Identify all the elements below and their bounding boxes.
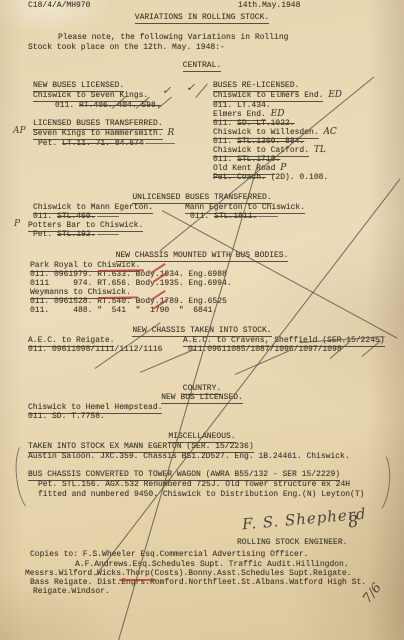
unlicensed-route: Chiswick to Mann Egerton. [33,203,153,212]
tower-wagon-heading: BUS CHASSIS CONVERTED TO TOWER WAGON (AW… [28,470,340,479]
tower-wagon-detail: fitted and numbered 9450. Chiswick to Di… [38,490,364,499]
unlicensed-detail: 011. STL.460. [33,212,95,221]
pen-stroke [195,83,208,98]
handwritten-annotation: R [167,128,174,138]
central-heading: CENTRAL. [0,61,404,70]
new-buses-licensed-heading: NEW BUSES LICENSED. [33,81,124,90]
new-buses-licensed-route: Chiswick to Seven Kings. [33,91,148,100]
unlicensed-route: Potters Bar to Chiswick. [28,221,143,230]
signature-role: ROLLING STOCK ENGINEER. [237,538,347,547]
pen-stroke [145,143,175,144]
licensed-transferred-route: Seven Kings to Hammersmith. R [33,129,174,138]
unlicensed-detail: 011. STL.1811. [190,212,257,221]
chassis-mounted-route: Park Royal to Chiswick. [30,261,140,270]
new-buses-licensed-detail: 011. RT.406. 404. 598. [55,101,161,110]
country-sub-heading: NEW BUS LICENSED. [0,393,404,402]
unlicensed-detail: Pet. STL.192. [33,230,95,239]
misc-stock-heading: TAKEN INTO STOCK EX MANN EGERTON (SER. 1… [28,442,254,451]
doc-title-text: VARIATIONS IN ROLLING STOCK. [135,13,269,24]
chassis-detail: 011. 488. " 541 " 1790 " 6841. [30,306,217,315]
chassis-stock-detail: 011. 09611098/1111/1112/1116 [28,345,162,354]
chassis-detail: 0111 974. RT.656. Body.1935. Eng.6994. [30,279,232,288]
chassis-stock-detail: 011.09611085/1087/1096/1097/1098 [188,345,342,354]
relicensed-detail: 011. STL.1718. [213,155,280,164]
pen-stroke [97,216,119,217]
unlicensed-transferred-heading: UNLICENSED BUSES TRANSFERRED. [0,193,404,202]
relicensed-route: Old Kent Road P [213,164,286,173]
copies-line: A.F.Andrews.Esq.Schedules Supt. Traffic … [75,560,349,569]
chassis-stock-route: A.E.C. to Reigate. [28,336,114,345]
check-mark: ✓ [162,84,171,97]
doc-date: 14th.May.1948 [238,1,300,10]
handwritten-annotation: P [14,219,20,229]
licensed-transferred-detail: Pet. LT.11. 71. 84.674 [38,139,144,148]
chassis-detail: 011. 0961979. RT.633. Body.1934. Eng.698… [30,270,227,279]
handwritten-annotation: ED [328,90,342,100]
relicensed-detail: 011. LT.434. [213,101,271,110]
tower-wagon-detail: Pet. STL.156. AGX.532 Renumbered 725J. O… [38,480,350,489]
relicensed-route: Chiswick to Elmers End. ED [213,91,342,100]
chassis-stock-route: A.E.C. to Cravens, Sheffield (SER.15/224… [183,336,385,345]
miscellaneous-heading: MISCELLANEOUS. [0,432,404,441]
handwritten-annotation: AP [13,126,26,136]
chassis-mounted-route: Weymanns to Chiswick. [30,288,131,297]
country-heading: COUNTRY. [0,384,404,393]
handwritten-annotation: AC [323,127,336,137]
handwritten-annotation: P [280,163,286,173]
copies-line: Bass Reigate. Dist.Engrs.Romford.Northfl… [30,578,366,587]
relicensed-detail: Pet. Coach. (2D). 0.108. [213,173,328,182]
relicensed-route: Elmers End. ED [213,110,284,119]
relicensed-route: Chiswick to Catford. TL [213,146,326,155]
doc-reference-number: C18/4/A/MH970 [28,1,90,10]
chassis-detail: 011. 0961528. RT.540. Body.1789. Eng.652… [30,297,227,306]
doc-title: VARIATIONS IN ROLLING STOCK. [0,13,404,22]
chassis-mounted-heading: NEW CHASSIS MOUNTED WITH BUS BODIES. [0,251,404,260]
memo-document: C18/4/A/MH970 14th.May.1948 VARIATIONS I… [0,0,404,640]
relicensed-detail: 011. STL.1360. 884. [213,137,304,146]
handwritten-annotation: ED [271,109,285,119]
pen-stroke [97,234,119,235]
relicensed-detail: 011. SD. LT.1022. [213,119,295,128]
misc-stock-detail: Austin Saloon. JXC.359. Chassis BS1.2D52… [28,452,350,461]
handwritten-annotation: TL [314,145,326,155]
licensed-transferred-heading: LICENSED BUSES TRANSFERRED. [33,119,163,128]
country-route: Chiswick to Hemel Hempstead. [28,403,162,412]
copies-line: Reigate.Windsor. [33,587,110,596]
copies-line: Copies to: F.S.Wheeler Esq.Commercial Ad… [30,550,308,559]
relicensed-route: Chiswick to Willesden. AC [213,128,337,137]
unlicensed-route: Mann Egerton to Chiswick. [185,203,305,212]
country-detail: 011. SD. T.7758. [28,412,105,421]
intro-line-2: Stock took place on the 12th. May. 1948:… [28,43,225,52]
check-mark: ✓ [186,81,195,94]
buses-relicensed-heading: BUSES RE-LICENSED. [213,81,299,90]
chassis-stock-heading: NEW CHASSIS TAKEN INTO STOCK. [0,326,404,335]
copies-line: Messrs.Wilford.Wicks.Thorp(Costs).Bonny.… [25,569,351,578]
pen-stroke [258,216,278,217]
intro-line-1: Please note, the following Variations in… [58,33,288,42]
